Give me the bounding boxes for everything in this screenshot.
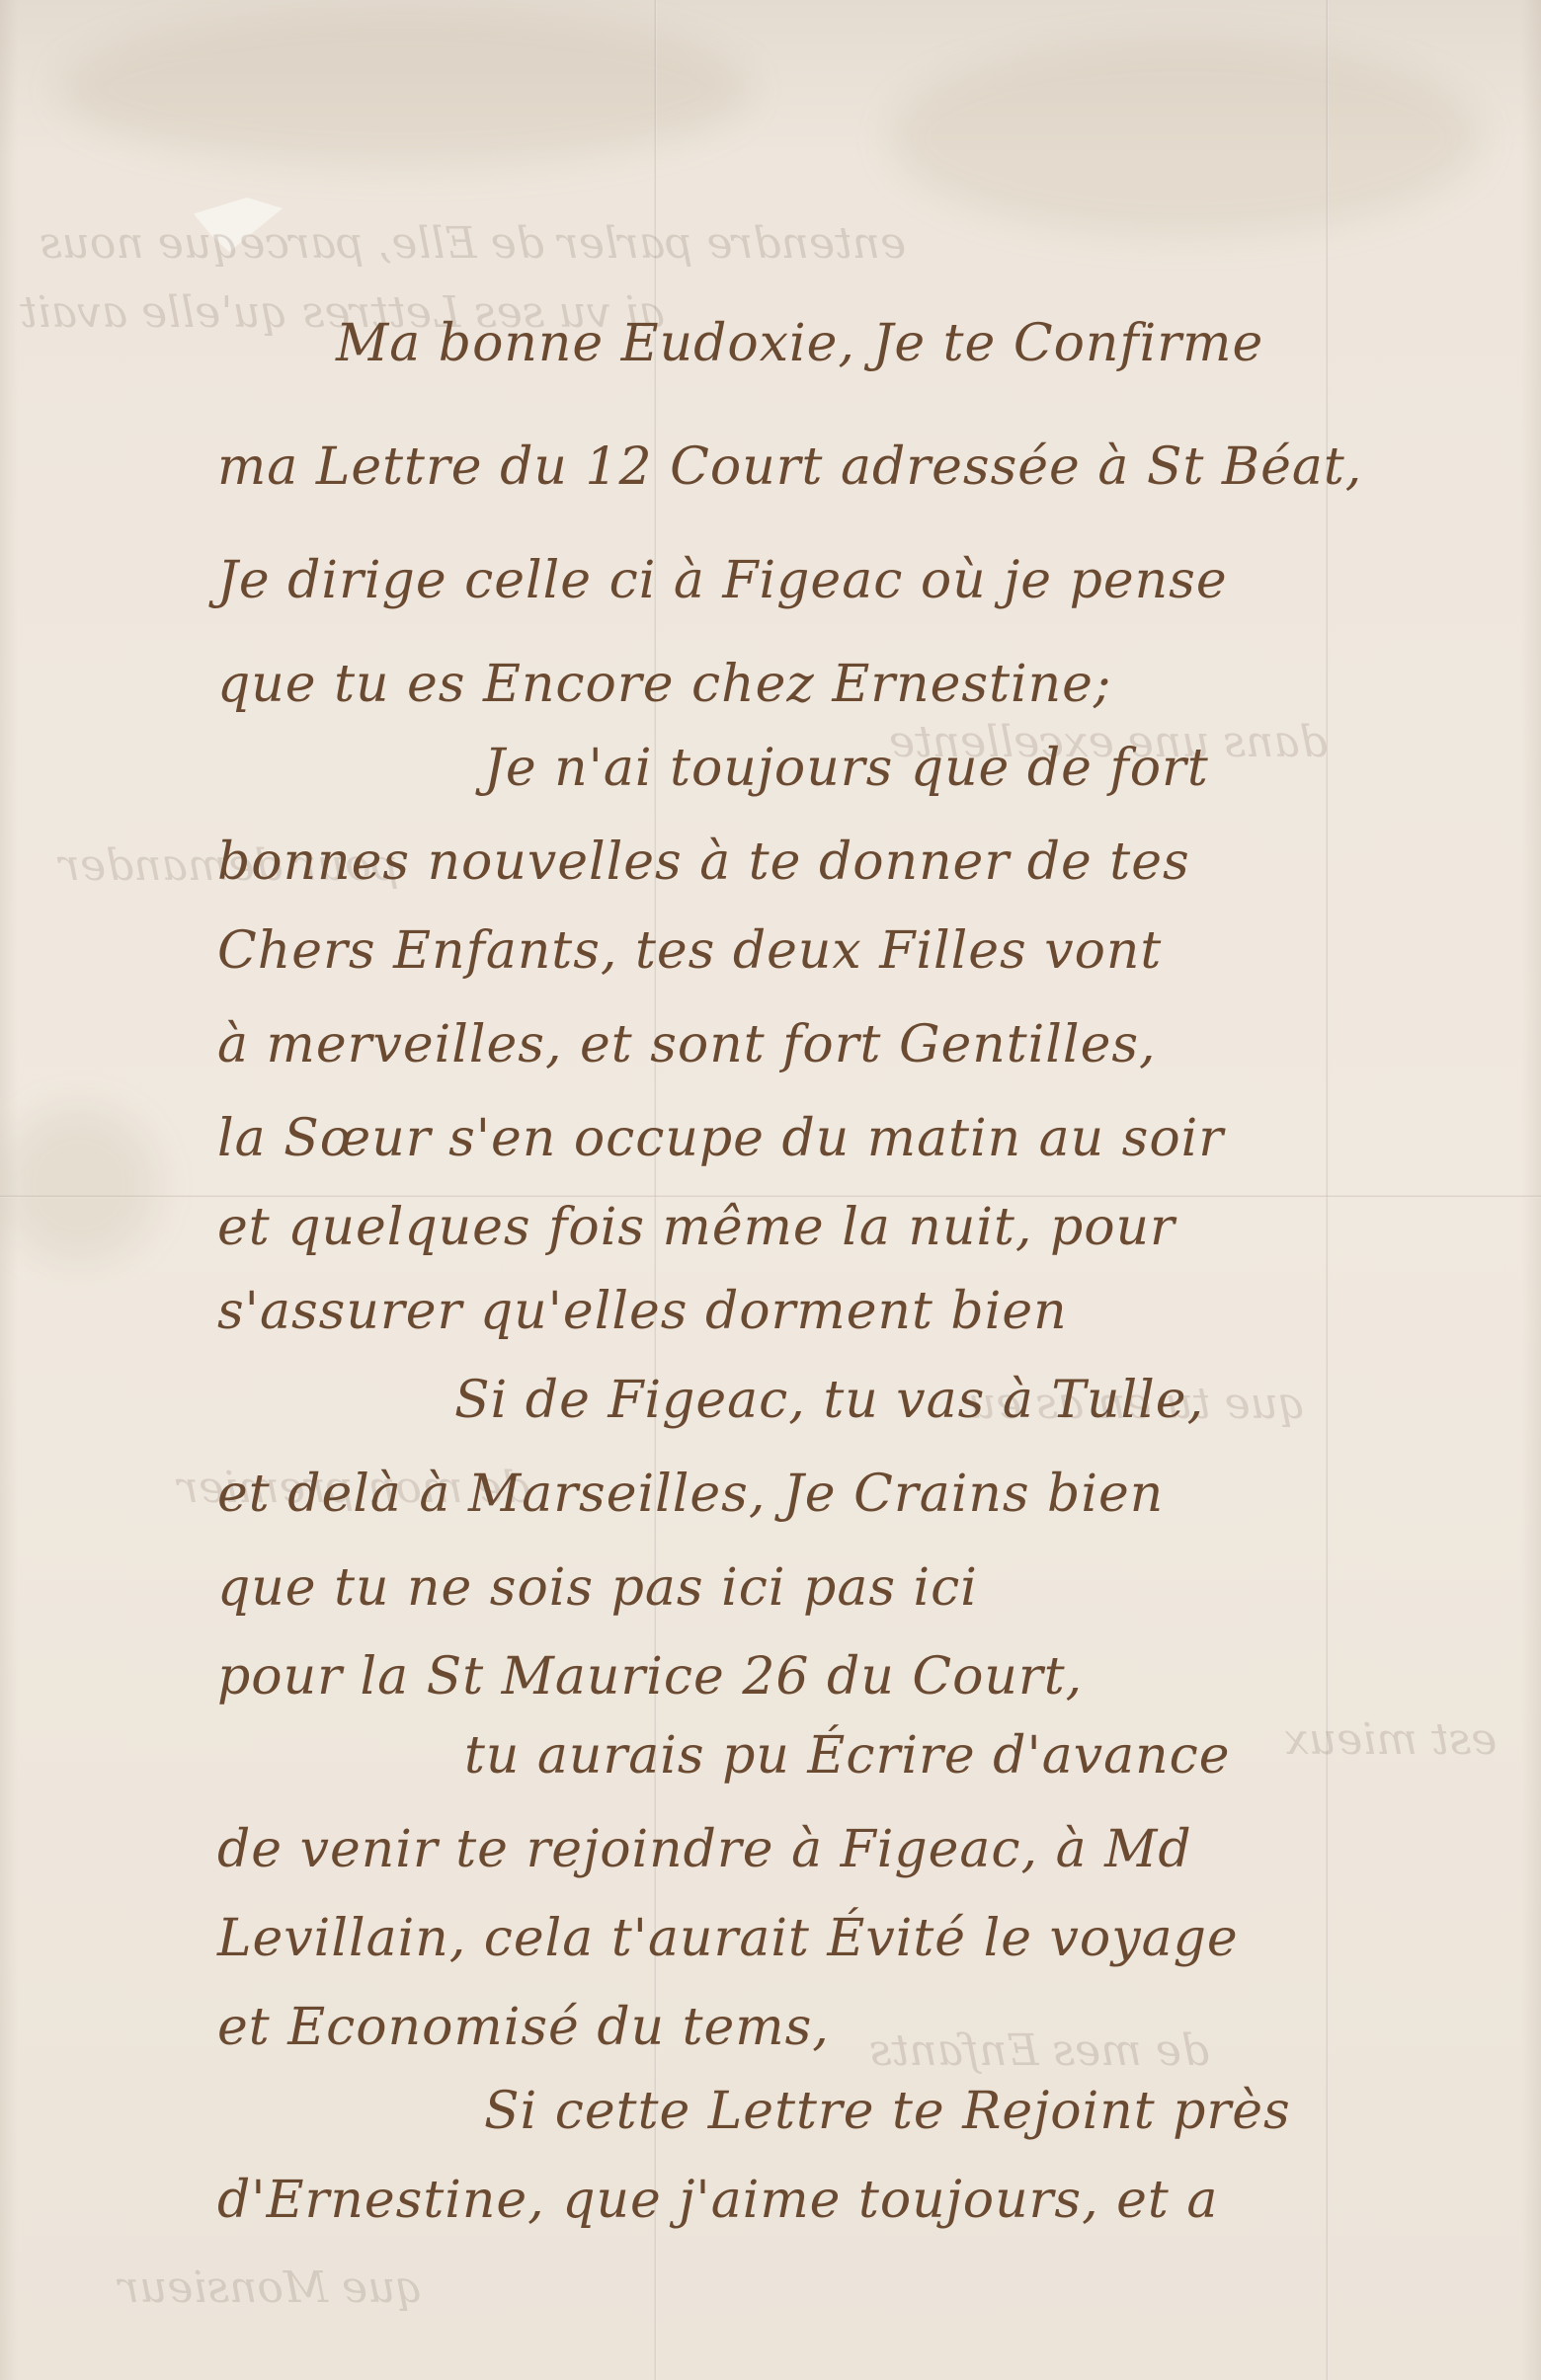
handwritten-line: Levillain, cela t'aurait Évité le voyage (217, 1909, 1239, 1968)
handwritten-line: et quelques fois même la nuit, pour (217, 1198, 1176, 1257)
handwritten-line: à merveilles, et sont fort Gentilles, (217, 1015, 1157, 1074)
handwritten-line: tu aurais pu Écrire d'avance (464, 1726, 1231, 1785)
handwritten-line: Si cette Lettre te Rejoint près (484, 2082, 1291, 2141)
handwritten-line: Ma bonne Eudoxie, Je te Confirme (336, 314, 1263, 373)
handwritten-line: que tu es Encore chez Ernestine; (217, 655, 1111, 714)
handwritten-line: Je n'ai toujours que de fort (484, 739, 1209, 798)
handwritten-line: la Sœur s'en occupe du matin au soir (217, 1109, 1224, 1168)
letter-text: Ma bonne Eudoxie, Je te Confirmema Lettr… (0, 0, 1541, 2380)
handwritten-line: bonnes nouvelles à te donner de tes (217, 833, 1190, 892)
handwritten-line: Je dirige celle ci à Figeac où je pense (217, 551, 1228, 610)
handwritten-line: Si de Figeac, tu vas à Tulle, (454, 1371, 1204, 1430)
handwritten-line: que tu ne sois pas ici pas ici (217, 1558, 978, 1618)
handwritten-line: ma Lettre du 12 Court adressée à St Béat… (217, 437, 1362, 497)
handwritten-line: d'Ernestine, que j'aime toujours, et a (217, 2171, 1218, 2230)
handwritten-line: pour la St Maurice 26 du Court, (217, 1647, 1083, 1706)
handwritten-line: s'assurer qu'elles dorment bien (217, 1282, 1068, 1341)
letter-page: entendre parler de Elle, parceque nousai… (0, 0, 1541, 2380)
handwritten-line: et delà à Marseilles, Je Crains bien (217, 1465, 1164, 1524)
handwritten-line: et Economisé du tems, (217, 1998, 830, 2057)
handwritten-line: de venir te rejoindre à Figeac, à Md (217, 1820, 1192, 1879)
handwritten-line: Chers Enfants, tes deux Filles vont (217, 921, 1162, 981)
